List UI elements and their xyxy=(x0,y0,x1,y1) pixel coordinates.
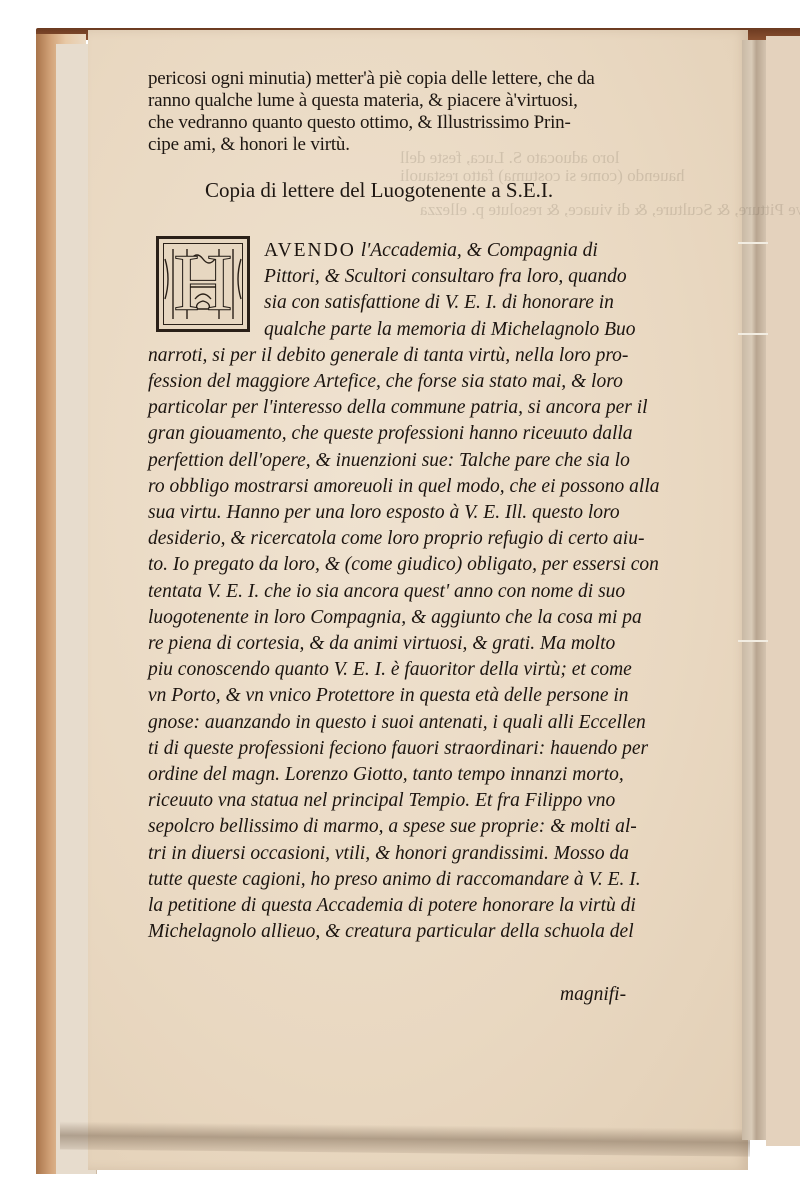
binding-thread xyxy=(738,242,768,244)
text-line: perfettion dell'opere, & inuenzioni sue:… xyxy=(148,448,648,474)
text-line: pericosi ogni minutia) metter'à piè copi… xyxy=(148,68,648,90)
text-line: sua virtu. Hanno per una loro esposto à … xyxy=(148,500,648,526)
text-fragment: l'Accademia, & Compagnia di xyxy=(356,240,598,261)
text-line: Pittori, & Scultori consultaro fra loro,… xyxy=(148,264,648,290)
text-line: particolar per l'interesso della commune… xyxy=(148,395,648,421)
text-line: la petitione di questa Accademia di pote… xyxy=(148,893,648,919)
text-line: qualche parte la memoria di Michelagnolo… xyxy=(148,317,648,343)
letter-body: AVENDO l'Accademia, & Compagnia di Pitto… xyxy=(148,238,648,945)
text-line: ranno qualche lume à questa materia, & p… xyxy=(148,90,648,112)
text-line: tri in diuersi occasioni, vtili, & honor… xyxy=(148,841,648,867)
text-line: vn Porto, & vn vnico Protettore in quest… xyxy=(148,683,648,709)
text-line: desiderio, & ricercatola come loro propr… xyxy=(148,526,648,552)
text-line: to. Io pregato da loro, & (come giudico)… xyxy=(148,552,648,578)
binding-thread xyxy=(738,333,768,335)
text-line: narroti, si per il debito generale di ta… xyxy=(148,343,648,369)
text-line: AVENDO l'Accademia, & Compagnia di xyxy=(148,238,648,264)
text-line: gran giouamento, che queste professioni … xyxy=(148,421,648,447)
text-line: luogotenente in loro Compagnia, & aggiun… xyxy=(148,605,648,631)
text-line: piu conoscendo quanto V. E. I. è fauorit… xyxy=(148,657,648,683)
text-line: riceuuto vna statua nel principal Tempio… xyxy=(148,788,648,814)
text-line: tentata V. E. I. che io sia ancora quest… xyxy=(148,579,648,605)
text-line: fession del maggiore Artefice, che forse… xyxy=(148,369,648,395)
text-line: sepolcro bellissimo di marmo, a spese su… xyxy=(148,814,648,840)
opening-word: AVENDO xyxy=(264,240,356,261)
text-line: gnose: auanzando in questo i suoi antena… xyxy=(148,710,648,736)
text-line: tutte queste cagioni, ho preso animo di … xyxy=(148,867,648,893)
text-line: ro obbligo mostrarsi amoreuoli in quel m… xyxy=(148,474,648,500)
text-line: ordine del magn. Lorenzo Giotto, tanto t… xyxy=(148,762,648,788)
catchword: magnifi- xyxy=(560,984,626,1006)
text-line: sia con satisfattione di V. E. I. di hon… xyxy=(148,290,648,316)
letter-heading: Copia di lettere del Luogotenente a S.E.… xyxy=(205,178,553,203)
top-paragraph: pericosi ogni minutia) metter'à piè copi… xyxy=(148,68,648,156)
show-through-text: sicra ve Pitture, & Sculture, & di viuac… xyxy=(420,200,800,220)
text-line: che vedranno quanto questo ottimo, & Ill… xyxy=(148,112,648,134)
text-line: ti di queste professioni feciono fauori … xyxy=(148,736,648,762)
binding-thread xyxy=(738,640,768,642)
text-line: Michelagnolo allieuo, & creatura particu… xyxy=(148,919,648,945)
text-line: re piena di cortesia, & da animi virtuos… xyxy=(148,631,648,657)
text-line: cipe ami, & honori le virtù. xyxy=(148,134,648,156)
